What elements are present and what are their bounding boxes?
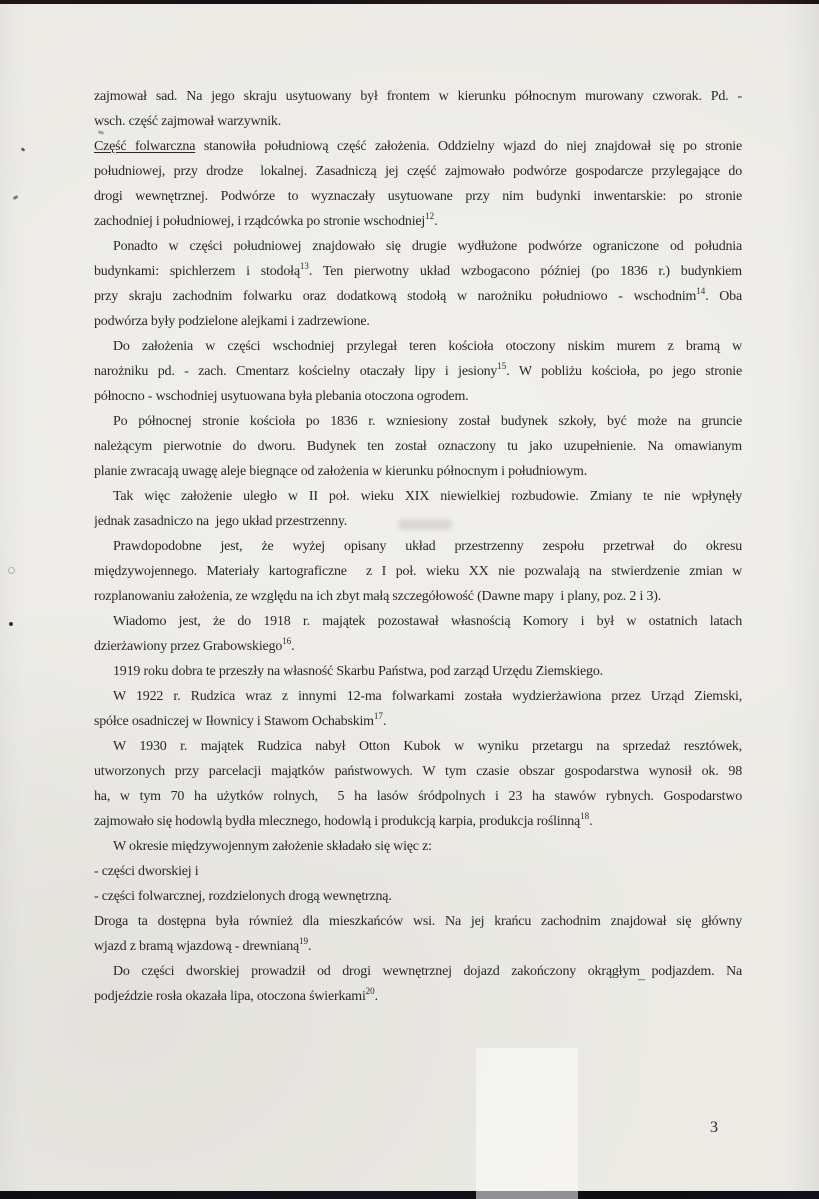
text-line: drogi wewnętrznej. Podwórze to wyznaczał… <box>94 184 742 209</box>
text-line: spółce osadniczej w Iłownicy i Stawom Oc… <box>94 709 742 734</box>
text-line: Prawdopodobne jest, że wyżej opisany ukł… <box>94 534 742 559</box>
text-line: 1919 roku dobra te przeszły na własność … <box>94 659 742 684</box>
scan-speck <box>21 147 26 152</box>
text-line: północno - wschodniej usytuowana była pl… <box>94 384 742 409</box>
footnote-marker: 16 <box>282 636 291 646</box>
text-line: planie zwracają uwagę aleje biegnące od … <box>94 459 742 484</box>
text-line: Do założenia w części wschodniej przyleg… <box>94 334 742 359</box>
text-line: podwórza były podzielone alejkami i zadr… <box>94 309 742 334</box>
text-line: należącym pierwotnie do dworu. Budynek t… <box>94 434 742 459</box>
footnote-marker: 12 <box>425 211 434 221</box>
text-line: Tak więc założenie uległo w II poł. wiek… <box>94 484 742 509</box>
text-line: wsch. część zajmował warzywnik. <box>94 109 742 134</box>
footnote-marker: 13 <box>300 261 309 271</box>
text-line: zajmował sad. Na jego skraju usytuowany … <box>94 84 742 109</box>
footnote-marker: 15 <box>497 361 506 371</box>
footnote-marker: 14 <box>696 286 705 296</box>
scan-speck <box>9 622 13 626</box>
footnote-marker: 18 <box>580 811 589 821</box>
text-line: Ponadto w części południowej znajdowało … <box>94 234 742 259</box>
text-line: zachodniej i południowej, i rządcówka po… <box>94 209 742 234</box>
text-line: rozplanowaniu założenia, ze względu na i… <box>94 584 742 609</box>
text-line: międzywojennego. Materiały kartograficzn… <box>94 559 742 584</box>
text-line: budynkami: spichlerzem i stodołą13. Ten … <box>94 259 742 284</box>
text-line: dzierżawiony przez Grabowskiego16. <box>94 634 742 659</box>
page-text: zajmował sad. Na jego skraju usytuowany … <box>94 84 742 1009</box>
text-line: narożniku pd. - zach. Cmentarz kościelny… <box>94 359 742 384</box>
text-line: W 1922 r. Rudzica wraz z innymi 12-ma fo… <box>94 684 742 709</box>
text-line: W okresie międzywojennym założenie skład… <box>94 834 742 859</box>
scan-speck <box>13 195 19 200</box>
text-line: W 1930 r. majątek Rudzica nabył Otton Ku… <box>94 734 742 759</box>
text-line: Wiadomo jest, że do 1918 r. majątek pozo… <box>94 609 742 634</box>
scan-artifact-strip <box>476 1048 578 1199</box>
stray-dash-mark: – <box>638 972 645 988</box>
underlined-phrase: Część folwarczna <box>94 139 195 154</box>
text-line: utworzonych przy parcelacji majątków pań… <box>94 759 742 784</box>
text-line: ha, w tym 70 ha użytków rolnych, 5 ha la… <box>94 784 742 809</box>
text-line: południowej, przy drodze lokalnej. Zasad… <box>94 159 742 184</box>
text-line: wjazd z bramą wjazdową - drewnianą19. <box>94 934 742 959</box>
footnote-marker: 20 <box>366 986 375 996</box>
text-line: Droga ta dostępna była również dla miesz… <box>94 909 742 934</box>
text-line: - części folwarcznej, rozdzielonych drog… <box>94 884 742 909</box>
correction-smudge <box>398 519 452 530</box>
scan-speck <box>8 567 15 574</box>
scan-top-edge <box>0 0 819 4</box>
text-line: Po północnej stronie kościoła po 1836 r.… <box>94 409 742 434</box>
text-line: zajmowało się hodowlą bydła mlecznego, h… <box>94 809 742 834</box>
scan-bottom-edge <box>0 1191 819 1199</box>
text-line: przy skraju zachodnim folwarku oraz doda… <box>94 284 742 309</box>
footnote-marker: 19 <box>299 936 308 946</box>
scanned-page: { "document": { "language": "Polish", "k… <box>0 0 819 1199</box>
text-line: - części dworskiej i <box>94 859 742 884</box>
page-number: 3 <box>704 1119 724 1137</box>
footnote-marker: 17 <box>374 711 383 721</box>
text-line: Część folwarczna stanowiła południową cz… <box>94 134 742 159</box>
